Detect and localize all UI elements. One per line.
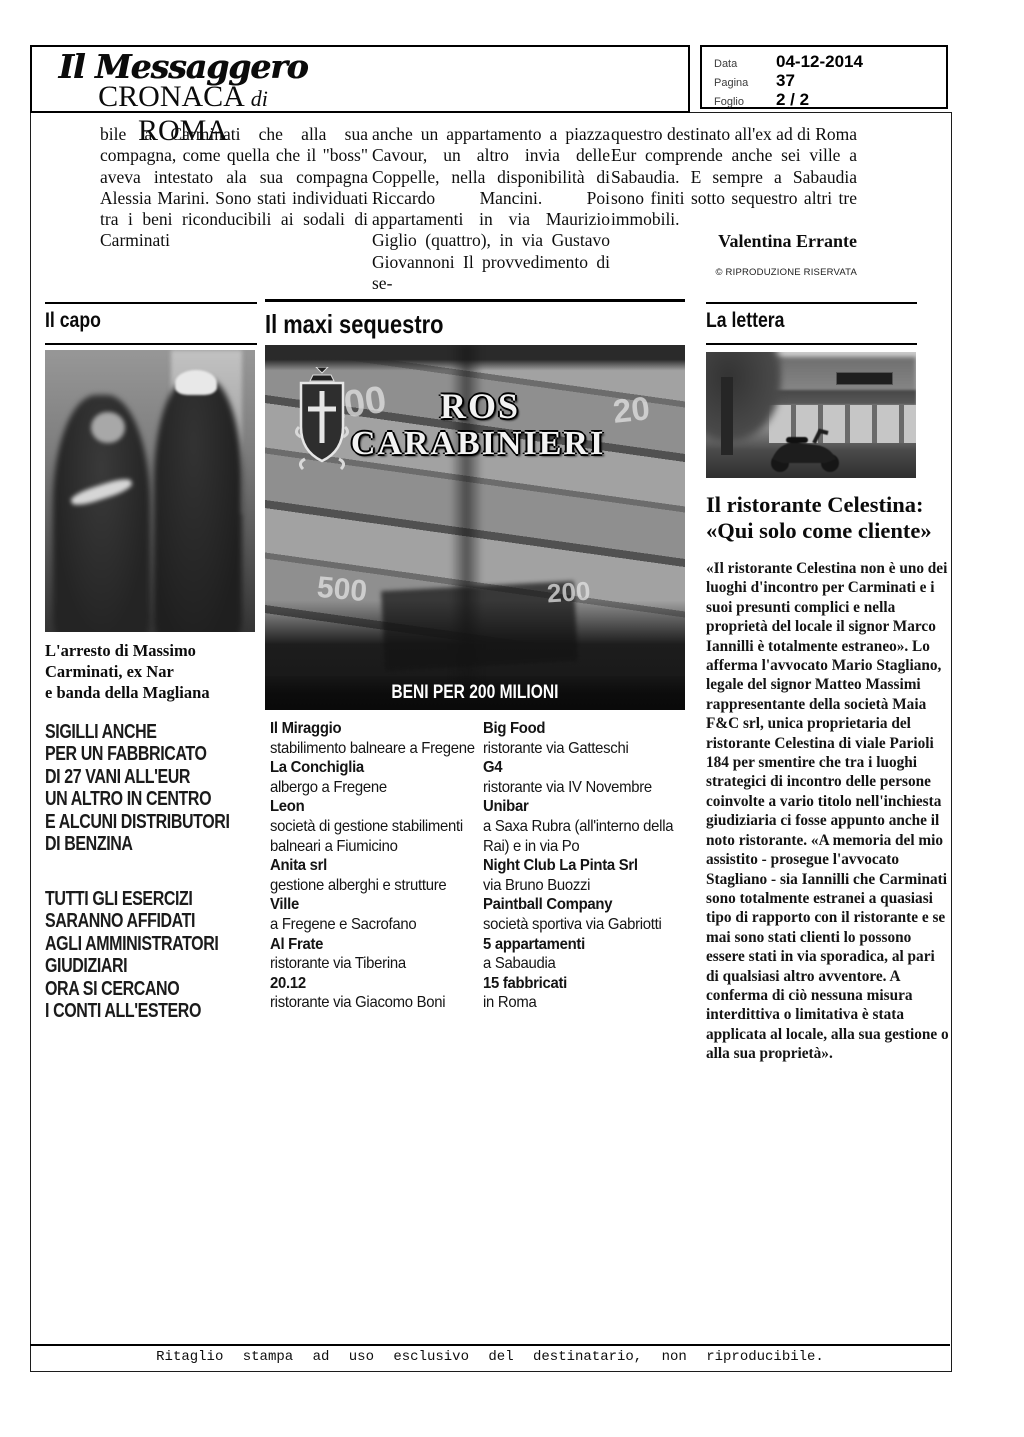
- kicker-la-lettera: La lettera: [706, 302, 917, 345]
- photo-arrest-face: [91, 412, 125, 443]
- meta-row-foglio: Foglio 2 / 2: [714, 90, 946, 109]
- highlight-line: SIGILLI ANCHE: [45, 721, 237, 743]
- press-clipping-page: Il Messaggero CRONACA di ROMA Data 04-12…: [0, 0, 1024, 1437]
- asset-item: Big Food ristorante via Gatteschi: [483, 719, 697, 758]
- highlight-line: SARANNO AFFIDATI: [45, 910, 237, 932]
- asset-name: 20.12: [270, 974, 484, 994]
- highlight-line: AGLI AMMINISTRATORI: [45, 933, 237, 955]
- meta-value-data: 04-12-2014: [776, 52, 863, 72]
- kicker-la-lettera-label: La lettera: [706, 309, 784, 333]
- asset-name: 5 appartamenti: [483, 935, 697, 955]
- asset-name: Anita srl: [270, 856, 484, 876]
- article-byline: Valentina Errante: [611, 231, 857, 252]
- asset-item: Ville a Fregene e Sacrofano: [270, 895, 484, 934]
- asset-name: Ville: [270, 895, 484, 915]
- asset-desc: ristorante via Gatteschi: [483, 739, 697, 759]
- asset-item: La Conchiglia albergo a Fregene: [270, 758, 484, 797]
- highlight-line: GIUDIZIARI: [45, 955, 237, 977]
- asset-name: Leon: [270, 797, 484, 817]
- highlight-line: I CONTI ALL'ESTERO: [45, 1000, 237, 1022]
- asset-item: Night Club La Pinta Srl via Bruno Buozzi: [483, 856, 697, 895]
- asset-desc: società sportiva via Gabriotti: [483, 915, 697, 935]
- assets-list-left: Il Miraggio stabilimento balneare a Freg…: [270, 719, 484, 1013]
- article-column-3: questro destinato all'ex ad di Roma Eur …: [611, 124, 857, 283]
- asset-desc: a Sabaudia: [483, 954, 697, 974]
- caption-line-1: L'arresto di Massimo: [45, 640, 263, 661]
- highlight-line: E ALCUNI DISTRIBUTORI: [45, 811, 237, 833]
- letter-body: «Il ristorante Celestina non è uno dei l…: [706, 559, 950, 1064]
- highlight-line: UN ALTRO IN CENTRO: [45, 788, 237, 810]
- photo-money-banner-label: BENI PER 200 MILIONI: [391, 682, 558, 704]
- asset-item: Unibar a Saxa Rubra (all'interno della R…: [483, 797, 697, 856]
- meta-label-pagina: Pagina: [714, 77, 776, 89]
- meta-label-foglio: Foglio: [714, 96, 776, 108]
- asset-item: 20.12 ristorante via Giacomo Boni: [270, 974, 484, 1013]
- photo-restaurant-trunk: [721, 377, 734, 455]
- photo-restaurant-sign: [836, 372, 893, 385]
- kicker-maxi-sequestro: Il maxi sequestro: [265, 299, 685, 351]
- caption-line-3: e banda della Magliana: [45, 682, 263, 703]
- highlight-block-1: SIGILLI ANCHE PER UN FABBRICATO DI 27 VA…: [45, 721, 285, 855]
- article-column-3-text: questro destinato all'ex ad di Roma Eur …: [611, 124, 857, 230]
- article-column-2: anche un appartamento a piazza Cavour, u…: [372, 124, 610, 294]
- asset-name: Big Food: [483, 719, 697, 739]
- asset-desc: in Roma: [483, 993, 697, 1013]
- assets-list-right: Big Food ristorante via Gatteschi G4 ris…: [483, 719, 697, 1013]
- asset-item: 5 appartamenti a Sabaudia: [483, 935, 697, 974]
- meta-value-pagina: 37: [776, 71, 795, 91]
- asset-item: 15 fabbricati in Roma: [483, 974, 697, 1013]
- letter-title: Il ristorante Celestina: «Qui solo come …: [706, 492, 954, 544]
- highlight-line: DI 27 VANI ALL'EUR: [45, 766, 237, 788]
- asset-desc: a Saxa Rubra (all'interno della Rai) e i…: [483, 817, 697, 856]
- highlight-line: ORA SI CERCANO: [45, 978, 237, 1000]
- highlight-block-2: TUTTI GLI ESERCIZI SARANNO AFFIDATI AGLI…: [45, 888, 285, 1022]
- asset-desc: ristorante via IV Novembre: [483, 778, 697, 798]
- highlight-line: DI BENZINA: [45, 833, 237, 855]
- asset-item: Leon società di gestione stabilimenti ba…: [270, 797, 484, 856]
- caption-line-2: Carminati, ex Nar: [45, 661, 263, 682]
- highlight-line: TUTTI GLI ESERCIZI: [45, 888, 237, 910]
- asset-desc: a Fregene e Sacrofano: [270, 915, 484, 935]
- scooter-silhouette: [756, 421, 856, 473]
- asset-name: 15 fabbricati: [483, 974, 697, 994]
- banknote-number-500: 500: [316, 571, 369, 609]
- asset-name: Paintball Company: [483, 895, 697, 915]
- letter-title-line-2: «Qui solo come cliente»: [706, 518, 954, 544]
- asset-name: Il Miraggio: [270, 719, 484, 739]
- photo-arrest-figure-right: [154, 378, 242, 632]
- banknote-number-200: 200: [546, 576, 591, 610]
- section-di: di: [251, 86, 268, 111]
- masthead-logo: Il Messaggero: [50, 50, 316, 83]
- meta-label-data: Data: [714, 58, 776, 70]
- asset-desc: società di gestione stabilimenti balnear…: [270, 817, 484, 856]
- meta-value-foglio: 2 / 2: [776, 90, 809, 110]
- asset-desc: gestione alberghi e strutture: [270, 876, 484, 896]
- asset-item: G4 ristorante via IV Novembre: [483, 758, 697, 797]
- kicker-il-capo: Il capo: [45, 302, 257, 345]
- photo-caption: L'arresto di Massimo Carminati, ex Nar e…: [45, 640, 263, 703]
- footer-disclaimer: Ritaglio stampa ad uso esclusivo del des…: [30, 1349, 950, 1365]
- photo-restaurant: [706, 352, 916, 478]
- ros-overlay-text: ROS: [360, 385, 600, 427]
- asset-item: Al Frate ristorante via Tiberina: [270, 935, 484, 974]
- kicker-maxi-sequestro-label: Il maxi sequestro: [265, 309, 443, 340]
- asset-name: Unibar: [483, 797, 697, 817]
- asset-item: Paintball Company società sportiva via G…: [483, 895, 697, 934]
- meta-row-pagina: Pagina 37: [714, 71, 946, 90]
- asset-desc: ristorante via Giacomo Boni: [270, 993, 484, 1013]
- photo-arrest-white-cap: [175, 370, 217, 395]
- asset-item: Anita srl gestione alberghi e strutture: [270, 856, 484, 895]
- article-copyright: © RIPRODUZIONE RISERVATA: [611, 262, 857, 283]
- asset-name: Night Club La Pinta Srl: [483, 856, 697, 876]
- asset-name: La Conchiglia: [270, 758, 484, 778]
- asset-name: Al Frate: [270, 935, 484, 955]
- footer-bar: Ritaglio stampa ad uso esclusivo del des…: [30, 1344, 950, 1372]
- asset-desc: albergo a Fregene: [270, 778, 484, 798]
- section-cronaca: CRONACA: [98, 80, 243, 113]
- photo-arrest: [45, 350, 255, 632]
- masthead-box: Il Messaggero CRONACA di ROMA: [30, 45, 690, 113]
- asset-desc: ristorante via Tiberina: [270, 954, 484, 974]
- highlight-line: PER UN FABBRICATO: [45, 743, 237, 765]
- article-column-1: bile a Carminati che alla sua compagna, …: [100, 124, 368, 252]
- photo-money-banner: BENI PER 200 MILIONI: [265, 682, 685, 704]
- letter-title-line-1: Il ristorante Celestina:: [706, 492, 954, 518]
- asset-desc: stabilimento balneare a Fregene: [270, 739, 484, 759]
- meta-box: Data 04-12-2014 Pagina 37 Foglio 2 / 2: [700, 45, 948, 109]
- asset-item: Il Miraggio stabilimento balneare a Freg…: [270, 719, 484, 758]
- carabinieri-overlay-text: CARABINIERI: [283, 425, 673, 463]
- photo-money: 100 20 500 200 ROS CARABINIERI BENI PER …: [265, 345, 685, 710]
- meta-row-data: Data 04-12-2014: [714, 52, 946, 71]
- asset-desc: via Bruno Buozzi: [483, 876, 697, 896]
- kicker-il-capo-label: Il capo: [45, 309, 101, 333]
- asset-name: G4: [483, 758, 697, 778]
